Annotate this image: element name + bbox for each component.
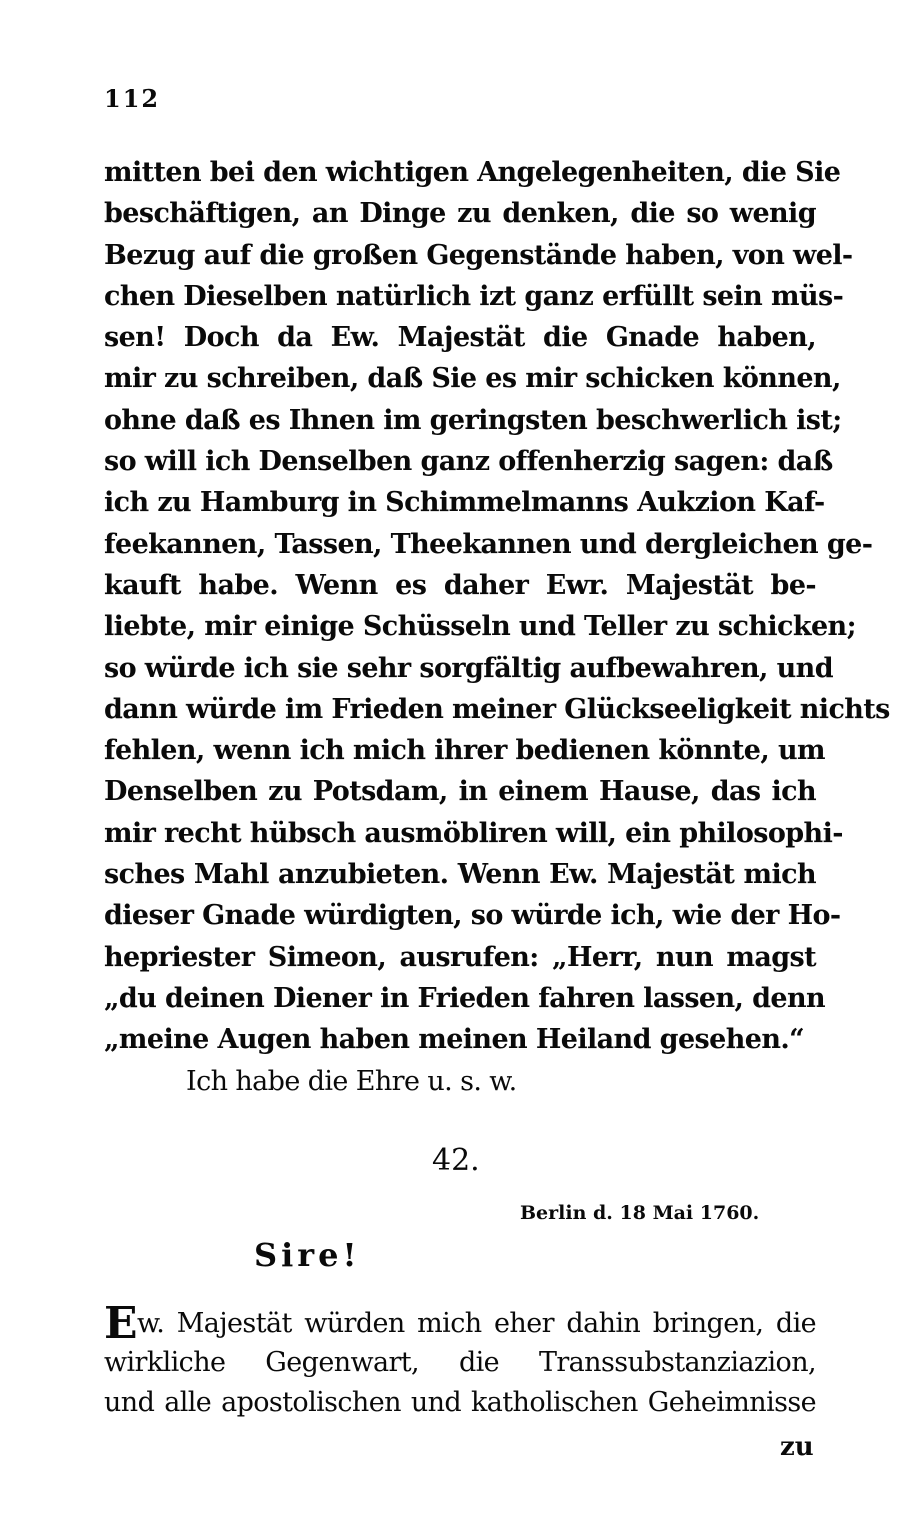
text-line: wirkliche Gegenwart, die Transsubstanzia… xyxy=(104,1343,816,1384)
text-line: Denselben zu Potsdam, in einem Hause, da… xyxy=(104,771,816,812)
page-number: 112 xyxy=(104,84,160,113)
catchword: zu xyxy=(780,1432,814,1462)
text-line: Bezug auf die großen Gegenstände haben, … xyxy=(104,235,816,276)
letter-number: 42. xyxy=(432,1143,480,1178)
text-line: mir recht hübsch ausmöbliren will, ein p… xyxy=(104,813,816,854)
text-line: sen! Doch da Ew. Majestät die Gnade habe… xyxy=(104,317,816,358)
text-line: feekannen, Tassen, Theekannen und dergle… xyxy=(104,524,816,565)
text-line-first: Ew. Majestät würden mich eher dahin brin… xyxy=(104,1302,816,1343)
text-line: beschäftigen, an Dinge zu denken, die so… xyxy=(104,193,816,234)
text-line: ohne daß es Ihnen im geringsten beschwer… xyxy=(104,400,816,441)
text-line: so würde ich sie sehr sorgfältig aufbewa… xyxy=(104,648,816,689)
letter-salutation: Sire! xyxy=(254,1236,361,1274)
text-line: und alle apostolischen und katholischen … xyxy=(104,1383,816,1424)
new-letter-text: Ew. Majestät würden mich eher dahin brin… xyxy=(104,1302,816,1424)
letter-dateline: Berlin d. 18 Mai 1760. xyxy=(520,1202,818,1224)
text-line: ich zu Hamburg in Schimmelmanns Aukzion … xyxy=(104,482,816,523)
text-line: sches Mahl anzubieten. Wenn Ew. Majestät… xyxy=(104,854,816,895)
text-line: dieser Gnade würdigten, so würde ich, wi… xyxy=(104,895,816,936)
text-line: so will ich Denselben ganz offenherzig s… xyxy=(104,441,816,482)
text-line: „du deinen Diener in Frieden fahren lass… xyxy=(104,978,816,1019)
first-line-text: w. Majestät würden mich eher dahin bring… xyxy=(137,1308,816,1339)
text-line: hepriester Simeon, ausrufen: „Herr, nun … xyxy=(104,937,816,978)
drop-cap: E xyxy=(104,1298,137,1349)
text-line: liebte, mir einige Schüsseln und Teller … xyxy=(104,606,816,647)
text-line: chen Dieselben natürlich izt ganz erfüll… xyxy=(104,276,816,317)
closing-formula: Ich habe die Ehre u. s. w. xyxy=(104,1061,816,1102)
text-line: dann würde im Frieden meiner Glückseelig… xyxy=(104,689,816,730)
text-line: fehlen, wenn ich mich ihrer bedienen kön… xyxy=(104,730,816,771)
text-line: mir zu schreiben, daß Sie es mir schicke… xyxy=(104,358,816,399)
text-line: kauft habe. Wenn es daher Ewr. Majestät … xyxy=(104,565,816,606)
continued-letter-text: mitten bei den wichtigen Angelegenheiten… xyxy=(104,152,816,1102)
text-line: mitten bei den wichtigen Angelegenheiten… xyxy=(104,152,816,193)
text-line: „meine Augen haben meinen Heiland gesehe… xyxy=(104,1019,816,1060)
